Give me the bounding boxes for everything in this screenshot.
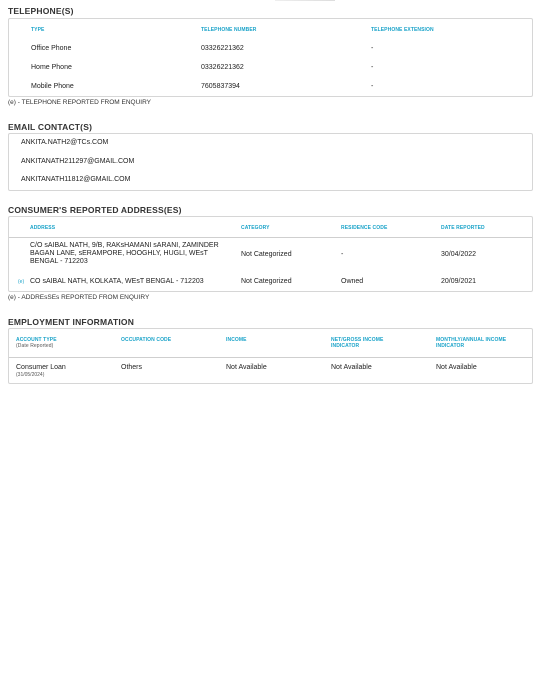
employment-row-0-income: Not Available	[226, 364, 267, 372]
address-row-0-residence-code: -	[341, 251, 343, 259]
addresses-note: (e) - ADDREsSEs REPORTED FROM ENQUIRY	[8, 294, 149, 301]
telephone-type-header: TYPE	[31, 27, 44, 33]
date-reported-header: DATE REPORTED	[441, 225, 485, 231]
addresses-table: ADDRESS CATEGORY RESIDENCE CODE DATE REP…	[8, 216, 533, 292]
occupation-code-header: OCCUPATION CODE	[121, 337, 216, 343]
email-item-2: ANKITANATH11812@GMAIL.COM	[21, 176, 130, 184]
net-gross-indicator-header: NET/GROSS INCOME INDICATOR	[331, 337, 411, 349]
telephones-section-title: TELEPHONE(S)	[8, 6, 74, 16]
cropped-header-remnant	[275, 0, 335, 1]
address-row-1-enquiry-flag: (e)	[18, 279, 24, 285]
telephone-row-1-number: 03326221362	[201, 64, 244, 72]
category-header: CATEGORY	[241, 225, 270, 231]
telephone-extension-header: TELEPHONE EXTENSION	[371, 27, 434, 33]
income-header: INCOME	[226, 337, 321, 343]
emails-list: ANKITA.NATH2@TCs.COM ANKITANATH211297@GM…	[8, 133, 533, 191]
telephone-number-header: TELEPHONE NUMBER	[201, 27, 257, 33]
employment-date-reported: (31/05/2024)	[16, 372, 66, 378]
employment-header-divider	[9, 357, 532, 358]
address-header: ADDRESS	[30, 225, 55, 231]
telephone-row-2-type: Mobile Phone	[31, 83, 74, 91]
telephones-note: (e) - TELEPHONE REPORTED FROM ENQUIRY	[8, 99, 151, 106]
employment-row-0-account-type: Consumer Loan (31/05/2024)	[16, 364, 66, 378]
address-row-0-category: Not Categorized	[241, 251, 292, 259]
telephone-row-1-extension: -	[371, 64, 373, 72]
address-row-0-address: C/O sAIBAL NATH, 9/B, RAKsHAMANI sARANI,…	[30, 242, 235, 266]
telephone-row-2-extension: -	[371, 83, 373, 91]
employment-account-type-value: Consumer Loan	[16, 364, 66, 371]
telephones-table: TYPE TELEPHONE NUMBER TELEPHONE EXTENSIO…	[8, 18, 533, 97]
employment-table: ACCOUNT TYPE (Date Reported) OCCUPATION …	[8, 328, 533, 384]
telephone-row-0-type: Office Phone	[31, 45, 71, 53]
addresses-header-divider	[9, 237, 532, 238]
account-type-header: ACCOUNT TYPE (Date Reported)	[16, 337, 111, 349]
address-row-0-date-reported: 30/04/2022	[441, 251, 476, 259]
emails-section-title: EMAIL CONTACT(S)	[8, 122, 92, 132]
employment-row-0-occupation-code: Others	[121, 364, 142, 372]
residence-code-header: RESIDENCE CODE	[341, 225, 387, 231]
telephone-row-1-type: Home Phone	[31, 64, 72, 72]
address-row-1-address: CO sAIBAL NATH, KOLKATA, WEsT BENGAL - 7…	[30, 278, 204, 286]
email-item-0: ANKITA.NATH2@TCs.COM	[21, 139, 108, 147]
email-item-1: ANKITANATH211297@GMAIL.COM	[21, 158, 134, 166]
telephone-row-0-number: 03326221362	[201, 45, 244, 53]
address-row-1-category: Not Categorized	[241, 278, 292, 286]
employment-section-title: EMPLOYMENT INFORMATION	[8, 317, 134, 327]
employment-row-0-net-gross: Not Available	[331, 364, 372, 372]
monthly-annual-indicator-header: MONTHLY/ANNUAL INCOME INDICATOR	[436, 337, 526, 349]
address-row-1-date-reported: 20/09/2021	[441, 278, 476, 286]
account-type-header-sub: (Date Reported)	[16, 343, 111, 349]
address-row-1-residence-code: Owned	[341, 278, 363, 286]
telephone-row-2-number: 7605837394	[201, 83, 240, 91]
employment-row-0-monthly-annual: Not Available	[436, 364, 477, 372]
addresses-section-title: CONSUMER'S REPORTED ADDRESS(ES)	[8, 205, 182, 215]
telephone-row-0-extension: -	[371, 45, 373, 53]
